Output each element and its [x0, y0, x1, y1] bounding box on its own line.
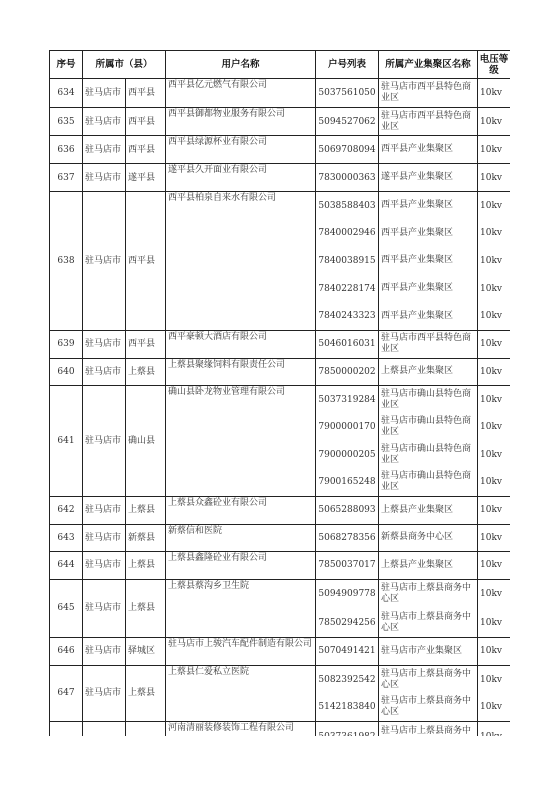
account-number: 7850037017 — [316, 552, 378, 579]
city-cell: 驻马店市 — [83, 192, 126, 331]
zone-name: 上蔡县产业集聚区 — [379, 497, 477, 524]
account-number: 5068278356 — [316, 525, 378, 551]
city-cell: 驻马店市 — [83, 385, 126, 496]
voltage-level-cell: 10kv — [478, 79, 510, 108]
zone-name: 新蔡县商务中心区 — [379, 525, 477, 551]
county-cell: 上蔡县 — [126, 721, 166, 736]
voltage-level-cell: 10kv — [478, 721, 510, 736]
zone-name: 西平县产业集聚区 — [379, 275, 477, 303]
account-number-cell: 50949097787850294256 — [316, 579, 379, 637]
voltage-level: 10kv — [478, 79, 510, 107]
user-name-cell: 上蔡县鑫隆砼业有限公司 — [166, 551, 316, 579]
voltage-level: 10kv — [478, 247, 510, 275]
zone-name-cell: 上蔡县产业集聚区 — [379, 358, 478, 385]
county-cell: 上蔡县 — [126, 665, 166, 721]
zone-name: 驻马店市西平县特色商业区 — [379, 331, 477, 358]
voltage-level-cell: 10kv — [478, 551, 510, 579]
county-cell: 西平县 — [126, 192, 166, 331]
account-number: 7900000170 — [316, 413, 378, 441]
zone-name: 驻马店市确山县特色商业区 — [379, 441, 477, 469]
zone-name-cell: 驻马店市西平县特色商业区 — [379, 330, 478, 358]
header-voltage: 电压等级 — [478, 51, 510, 79]
voltage-level: 10kv — [478, 359, 510, 385]
account-number: 7850294256 — [316, 608, 378, 637]
voltage-level: 10kv — [478, 722, 510, 736]
zone-name: 西平县产业集聚区 — [379, 192, 477, 220]
account-number-cell: 50823925425142183840 — [316, 665, 379, 721]
zone-name-cell: 遂平县产业集聚区 — [379, 164, 478, 192]
voltage-level: 10kv — [478, 666, 510, 694]
city-cell: 驻马店市 — [83, 496, 126, 524]
zone-name-cell: 新蔡县商务中心区 — [379, 524, 478, 551]
seq-cell: 647 — [50, 665, 83, 721]
voltage-level-cell: 10kv — [478, 524, 510, 551]
header-account-list: 户号列表 — [316, 51, 379, 79]
voltage-level: 10kv — [478, 108, 510, 135]
user-name-cell: 河南清丽装修装饰工程有限公司 — [166, 721, 316, 736]
account-number-cell: 5037561050 — [316, 79, 379, 108]
voltage-level-cell: 10kv — [478, 637, 510, 665]
city-cell: 驻马店市 — [83, 358, 126, 385]
voltage-level-cell: 10kv — [478, 136, 510, 164]
account-number: 5065288093 — [316, 497, 378, 524]
account-number-cell: 5070491421 — [316, 637, 379, 665]
city-cell: 驻马店市 — [83, 79, 126, 108]
account-number: 5038588403 — [316, 192, 378, 220]
county-cell: 遂平县 — [126, 164, 166, 192]
zone-name: 驻马店市产业集聚区 — [379, 638, 477, 665]
header-seq: 序号 — [50, 51, 83, 79]
account-number: 5046016031 — [316, 331, 378, 358]
user-name-cell: 遂平县久开面业有限公司 — [166, 164, 316, 192]
zone-name: 驻马店市上蔡县商务中心区 — [379, 580, 477, 609]
table-row: 645驻马店市上蔡县上蔡县蔡沟乡卫生院50949097787850294256驻… — [50, 579, 511, 637]
county-cell: 驿城区 — [126, 637, 166, 665]
account-number-cell: 5065288093 — [316, 496, 379, 524]
voltage-level: 10kv — [478, 497, 510, 524]
zone-name: 西平县产业集聚区 — [379, 247, 477, 275]
user-name-cell: 西平县绿源杯业有限公司 — [166, 136, 316, 164]
account-number: 7840228174 — [316, 275, 378, 303]
table-row: 641驻马店市确山县确山县卧龙物业管理有限公司50373192847900000… — [50, 385, 511, 496]
table-row: 646驻马店市驿城区驻马店市上骏汽车配件制造有限公司5070491421驻马店市… — [50, 637, 511, 665]
table-row: 635驻马店市西平县西平县御都物业服务有限公司5094527062驻马店市西平县… — [50, 108, 511, 136]
zone-name: 西平县产业集聚区 — [379, 302, 477, 330]
seq-cell: 637 — [50, 164, 83, 192]
user-name-cell: 上蔡县聚缘饲料有限责任公司 — [166, 358, 316, 385]
table-row: 648驻马店市上蔡县河南清丽装修装饰工程有限公司5037361982驻马店市上蔡… — [50, 721, 511, 736]
voltage-level: 10kv — [478, 302, 510, 330]
enterprise-table-wrapper: 序号 所属市（县） 用户名称 户号列表 所属产业集聚区名称 电压等级 634驻马… — [49, 50, 510, 736]
zone-name-cell: 驻马店市确山县特色商业区驻马店市确山县特色商业区驻马店市确山县特色商业区驻马店市… — [379, 385, 478, 496]
zone-name: 驻马店市上蔡县商务中心区 — [379, 666, 477, 694]
city-cell: 驻马店市 — [83, 164, 126, 192]
seq-cell: 642 — [50, 496, 83, 524]
zone-name: 驻马店市上蔡县商务中心区 — [379, 722, 477, 736]
voltage-level: 10kv — [478, 136, 510, 163]
zone-name: 驻马店市上蔡县商务中心区 — [379, 608, 477, 637]
voltage-level-cell: 10kv — [478, 496, 510, 524]
table-row: 639驻马店市西平县西平豪顿大酒店有限公司5046016031驻马店市西平县特色… — [50, 330, 511, 358]
voltage-level-cell: 10kv10kv10kv10kv — [478, 385, 510, 496]
table-row: 644驻马店市上蔡县上蔡县鑫隆砼业有限公司7850037017上蔡县产业集聚区1… — [50, 551, 511, 579]
zone-name-cell: 驻马店市上蔡县商务中心区 — [379, 721, 478, 736]
table-row: 642驻马店市上蔡县上蔡县众鑫砼业有限公司5065288093上蔡县产业集聚区1… — [50, 496, 511, 524]
account-number: 5070491421 — [316, 638, 378, 665]
county-cell: 上蔡县 — [126, 496, 166, 524]
voltage-level: 10kv — [478, 441, 510, 469]
account-number: 7900000205 — [316, 441, 378, 469]
voltage-level: 10kv — [478, 638, 510, 665]
voltage-level: 10kv — [478, 164, 510, 191]
voltage-level: 10kv — [478, 192, 510, 220]
table-header-row: 序号 所属市（县） 用户名称 户号列表 所属产业集聚区名称 电压等级 — [50, 51, 511, 79]
zone-name: 驻马店市确山县特色商业区 — [379, 468, 477, 496]
voltage-level: 10kv — [478, 468, 510, 496]
account-number-cell: 7830000363 — [316, 164, 379, 192]
zone-name-cell: 驻马店市上蔡县商务中心区驻马店市上蔡县商务中心区 — [379, 579, 478, 637]
voltage-level: 10kv — [478, 275, 510, 303]
seq-cell: 634 — [50, 79, 83, 108]
account-number: 7840243323 — [316, 302, 378, 330]
voltage-level: 10kv — [478, 386, 510, 414]
voltage-level-cell: 10kv — [478, 330, 510, 358]
account-number-cell: 5068278356 — [316, 524, 379, 551]
account-number: 7840038915 — [316, 247, 378, 275]
account-number: 5037561050 — [316, 79, 378, 107]
account-number-cell: 5037361982 — [316, 721, 379, 736]
account-number-cell: 7850037017 — [316, 551, 379, 579]
table-row: 638驻马店市西平县西平县柏泉自来水有限公司503858840378400029… — [50, 192, 511, 331]
table-row: 643驻马店市新蔡县新蔡信和医院5068278356新蔡县商务中心区10kv — [50, 524, 511, 551]
table-row: 640驻马店市上蔡县上蔡县聚缘饲料有限责任公司7850000202上蔡县产业集聚… — [50, 358, 511, 385]
county-cell: 上蔡县 — [126, 579, 166, 637]
zone-name: 驻马店市西平县特色商业区 — [379, 79, 477, 107]
county-cell: 上蔡县 — [126, 358, 166, 385]
county-cell: 西平县 — [126, 136, 166, 164]
zone-name-cell: 驻马店市上蔡县商务中心区驻马店市上蔡县商务中心区 — [379, 665, 478, 721]
zone-name: 驻马店市上蔡县商务中心区 — [379, 693, 477, 721]
city-cell: 驻马店市 — [83, 108, 126, 136]
zone-name-cell: 西平县产业集聚区 — [379, 136, 478, 164]
user-name-cell: 上蔡县仁爱私立医院 — [166, 665, 316, 721]
zone-name-cell: 驻马店市产业集聚区 — [379, 637, 478, 665]
user-name-cell: 西平县柏泉自来水有限公司 — [166, 192, 316, 331]
seq-cell: 646 — [50, 637, 83, 665]
header-user-name: 用户名称 — [166, 51, 316, 79]
seq-cell: 640 — [50, 358, 83, 385]
county-cell: 西平县 — [126, 79, 166, 108]
voltage-level: 10kv — [478, 331, 510, 358]
table-row: 647驻马店市上蔡县上蔡县仁爱私立医院50823925425142183840驻… — [50, 665, 511, 721]
voltage-level-cell: 10kv — [478, 358, 510, 385]
seq-cell: 641 — [50, 385, 83, 496]
county-cell: 上蔡县 — [126, 551, 166, 579]
zone-name: 遂平县产业集聚区 — [379, 164, 477, 191]
voltage-level-cell: 10kv10kv — [478, 665, 510, 721]
zone-name: 上蔡县产业集聚区 — [379, 359, 477, 385]
voltage-level: 10kv — [478, 413, 510, 441]
county-cell: 西平县 — [126, 330, 166, 358]
zone-name-cell: 西平县产业集聚区西平县产业集聚区西平县产业集聚区西平县产业集聚区西平县产业集聚区 — [379, 192, 478, 331]
voltage-level: 10kv — [478, 693, 510, 721]
zone-name: 西平县产业集聚区 — [379, 220, 477, 248]
zone-name-cell: 上蔡县产业集聚区 — [379, 551, 478, 579]
table-row: 636驻马店市西平县西平县绿源杯业有限公司5069708094西平县产业集聚区1… — [50, 136, 511, 164]
user-name-cell: 上蔡县蔡沟乡卫生院 — [166, 579, 316, 637]
voltage-level-cell: 10kv — [478, 164, 510, 192]
zone-name: 驻马店市西平县特色商业区 — [379, 108, 477, 135]
zone-name-cell: 上蔡县产业集聚区 — [379, 496, 478, 524]
user-name-cell: 西平县亿元燃气有限公司 — [166, 79, 316, 108]
zone-name: 西平县产业集聚区 — [379, 136, 477, 163]
seq-cell: 644 — [50, 551, 83, 579]
voltage-level-cell: 10kv10kv — [478, 579, 510, 637]
account-number: 5037319284 — [316, 386, 378, 414]
city-cell: 驻马店市 — [83, 665, 126, 721]
voltage-level-cell: 10kv10kv10kv10kv10kv — [478, 192, 510, 331]
zone-name-cell: 驻马店市西平县特色商业区 — [379, 108, 478, 136]
account-number: 7900165248 — [316, 468, 378, 496]
city-cell: 驻马店市 — [83, 524, 126, 551]
city-cell: 驻马店市 — [83, 721, 126, 736]
seq-cell: 639 — [50, 330, 83, 358]
account-number-cell: 5037319284790000017079000002057900165248 — [316, 385, 379, 496]
table-row: 637驻马店市遂平县遂平县久开面业有限公司7830000363遂平县产业集聚区1… — [50, 164, 511, 192]
seq-cell: 648 — [50, 721, 83, 736]
zone-name: 驻马店市确山县特色商业区 — [379, 413, 477, 441]
voltage-level: 10kv — [478, 608, 510, 637]
zone-name: 上蔡县产业集聚区 — [379, 552, 477, 579]
account-number: 5082392542 — [316, 666, 378, 694]
voltage-level: 10kv — [478, 220, 510, 248]
user-name-cell: 驻马店市上骏汽车配件制造有限公司 — [166, 637, 316, 665]
enterprise-table: 序号 所属市（县） 用户名称 户号列表 所属产业集聚区名称 电压等级 634驻马… — [49, 50, 510, 736]
seq-cell: 643 — [50, 524, 83, 551]
account-number-cell: 5038588403784000294678400389157840228174… — [316, 192, 379, 331]
account-number-cell: 5046016031 — [316, 330, 379, 358]
account-number: 5142183840 — [316, 693, 378, 721]
account-number: 5069708094 — [316, 136, 378, 163]
seq-cell: 635 — [50, 108, 83, 136]
header-zone-name: 所属产业集聚区名称 — [379, 51, 478, 79]
account-number: 7830000363 — [316, 164, 378, 191]
table-row: 634驻马店市西平县西平县亿元燃气有限公司5037561050驻马店市西平县特色… — [50, 79, 511, 108]
voltage-level: 10kv — [478, 525, 510, 551]
voltage-level: 10kv — [478, 552, 510, 579]
account-number: 5094909778 — [316, 580, 378, 609]
account-number: 5094527062 — [316, 108, 378, 135]
city-cell: 驻马店市 — [83, 330, 126, 358]
account-number-cell: 7850000202 — [316, 358, 379, 385]
account-number-cell: 5069708094 — [316, 136, 379, 164]
user-name-cell: 西平县御都物业服务有限公司 — [166, 108, 316, 136]
city-cell: 驻马店市 — [83, 637, 126, 665]
account-number: 7840002946 — [316, 220, 378, 248]
account-number-cell: 5094527062 — [316, 108, 379, 136]
account-number: 7850000202 — [316, 359, 378, 385]
user-name-cell: 确山县卧龙物业管理有限公司 — [166, 385, 316, 496]
voltage-level-cell: 10kv — [478, 108, 510, 136]
seq-cell: 645 — [50, 579, 83, 637]
county-cell: 西平县 — [126, 108, 166, 136]
seq-cell: 636 — [50, 136, 83, 164]
header-region: 所属市（县） — [83, 51, 166, 79]
voltage-level: 10kv — [478, 580, 510, 609]
city-cell: 驻马店市 — [83, 579, 126, 637]
user-name-cell: 上蔡县众鑫砼业有限公司 — [166, 496, 316, 524]
county-cell: 新蔡县 — [126, 524, 166, 551]
zone-name: 驻马店市确山县特色商业区 — [379, 386, 477, 414]
city-cell: 驻马店市 — [83, 551, 126, 579]
county-cell: 确山县 — [126, 385, 166, 496]
user-name-cell: 西平豪顿大酒店有限公司 — [166, 330, 316, 358]
user-name-cell: 新蔡信和医院 — [166, 524, 316, 551]
account-number: 5037361982 — [316, 722, 378, 736]
seq-cell: 638 — [50, 192, 83, 331]
zone-name-cell: 驻马店市西平县特色商业区 — [379, 79, 478, 108]
city-cell: 驻马店市 — [83, 136, 126, 164]
